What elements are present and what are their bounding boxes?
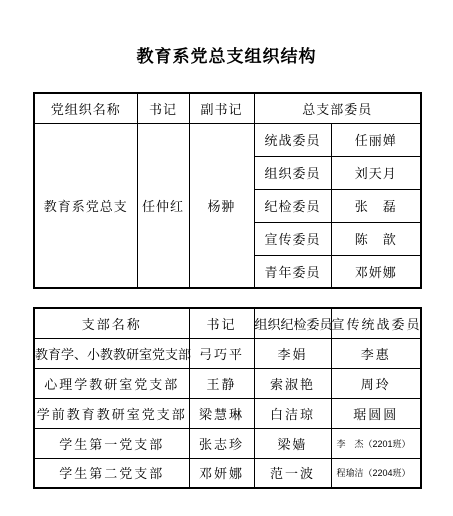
committee-name-cell: 陈 歆	[331, 222, 421, 255]
branch-name-cell: 学前教育教研室党支部	[34, 398, 189, 428]
publicity-member-cell: 程瑜洁（2204班）	[331, 458, 421, 488]
table-row: 学前教育教研室党支部 梁慧琳 白洁琼 琚圆圆	[34, 398, 421, 428]
branch-name-cell: 教育学、小教教研室党支部	[34, 338, 189, 368]
header-secretary: 书记	[189, 308, 254, 338]
header-discipline-member: 组织纪检委员	[254, 308, 331, 338]
branch-name-cell: 心理学教研室党支部	[34, 368, 189, 398]
table-row: 心理学教研室党支部 王静 索淑艳 周玲	[34, 368, 421, 398]
discipline-member-cell: 范一波	[254, 458, 331, 488]
discipline-member-cell: 李娟	[254, 338, 331, 368]
committee-name-cell: 邓妍娜	[331, 255, 421, 288]
committee-name-cell: 张 磊	[331, 189, 421, 222]
committee-role-cell: 组织委员	[254, 156, 331, 189]
general-branch-table: 党组织名称 书记 副书记 总支部委员 教育系党总支 任仲红 杨翀 统战委员 任丽…	[33, 92, 422, 289]
committee-role-cell: 宣传委员	[254, 222, 331, 255]
discipline-member-cell: 白洁琼	[254, 398, 331, 428]
secretary-cell: 任仲红	[137, 123, 189, 288]
committee-name-cell: 刘天月	[331, 156, 421, 189]
publicity-member-cell: 李 杰（2201班）	[331, 428, 421, 458]
secretary-cell: 弓巧平	[189, 338, 254, 368]
secretary-cell: 王静	[189, 368, 254, 398]
publicity-member-cell: 周玲	[331, 368, 421, 398]
page-title: 教育系党总支组织结构	[0, 42, 453, 67]
publicity-member-cell: 李惠	[331, 338, 421, 368]
table-header-row: 党组织名称 书记 副书记 总支部委员	[34, 93, 421, 123]
branch-name-cell: 学生第二党支部	[34, 458, 189, 488]
header-committee-members: 总支部委员	[254, 93, 421, 123]
table-row: 学生第一党支部 张志珍 梁嫱 李 杰（2201班）	[34, 428, 421, 458]
secretary-cell: 张志珍	[189, 428, 254, 458]
deputy-secretary-cell: 杨翀	[189, 123, 254, 288]
table-row: 学生第二党支部 邓妍娜 范一波 程瑜洁（2204班）	[34, 458, 421, 488]
secretary-cell: 邓妍娜	[189, 458, 254, 488]
header-secretary: 书记	[137, 93, 189, 123]
branches-table: 支部名称 书记 组织纪检委员 宣传统战委员 教育学、小教教研室党支部 弓巧平 李…	[33, 307, 422, 489]
committee-role-cell: 青年委员	[254, 255, 331, 288]
secretary-cell: 梁慧琳	[189, 398, 254, 428]
publicity-member-cell: 琚圆圆	[331, 398, 421, 428]
discipline-member-cell: 索淑艳	[254, 368, 331, 398]
header-org-name: 党组织名称	[34, 93, 137, 123]
header-branch-name: 支部名称	[34, 308, 189, 338]
discipline-member-cell: 梁嫱	[254, 428, 331, 458]
table-row: 教育学、小教教研室党支部 弓巧平 李娟 李惠	[34, 338, 421, 368]
committee-role-cell: 统战委员	[254, 123, 331, 156]
header-publicity-member: 宣传统战委员	[331, 308, 421, 338]
org-name-cell: 教育系党总支	[34, 123, 137, 288]
branch-name-cell: 学生第一党支部	[34, 428, 189, 458]
committee-role-cell: 纪检委员	[254, 189, 331, 222]
committee-name-cell: 任丽婵	[331, 123, 421, 156]
header-deputy-secretary: 副书记	[189, 93, 254, 123]
table-row: 教育系党总支 任仲红 杨翀 统战委员 任丽婵	[34, 123, 421, 156]
table-header-row: 支部名称 书记 组织纪检委员 宣传统战委员	[34, 308, 421, 338]
